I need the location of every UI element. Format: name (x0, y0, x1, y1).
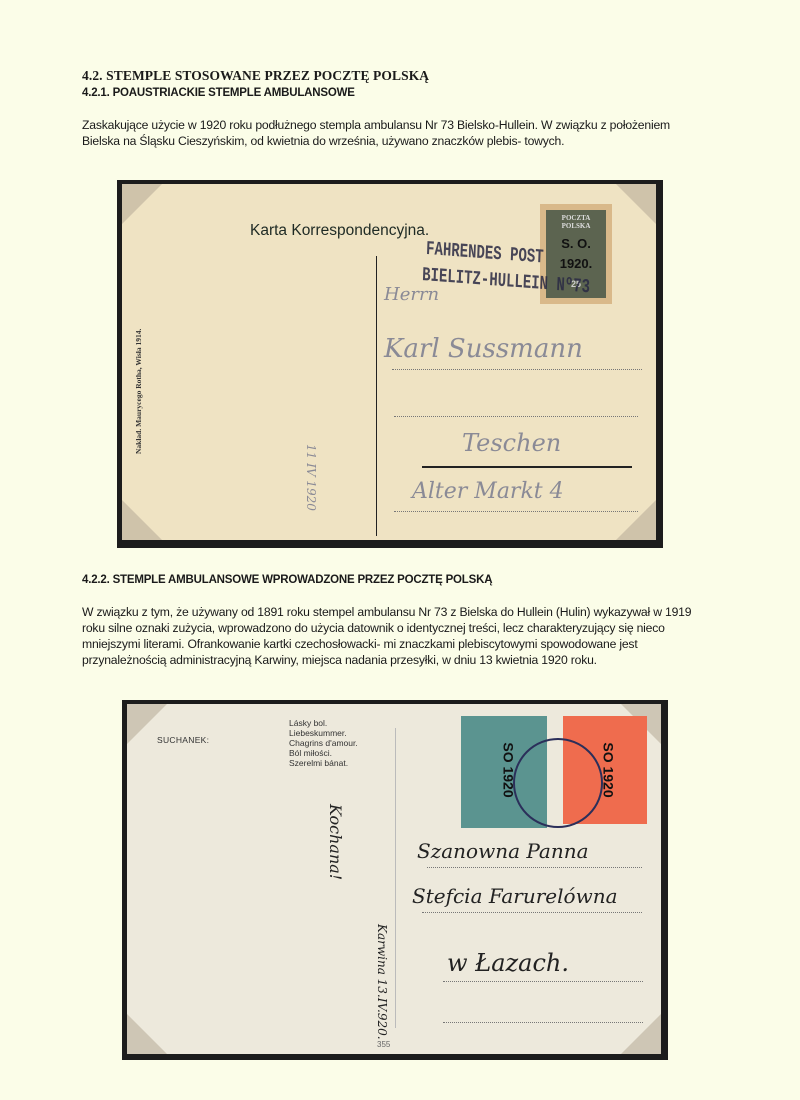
divider-line (376, 256, 377, 536)
subsection-2-text: W związku z tym, że używany od 1891 roku… (82, 604, 712, 668)
address-street: Alter Markt 4 (412, 479, 564, 504)
address-name: Karl Sussmann (384, 334, 583, 364)
postcard-1: Karta Korrespondencyjna. Nakład. Mauryce… (122, 184, 656, 540)
date: 11 IV 1920 (304, 444, 318, 511)
card-number: 355 (377, 1040, 390, 1049)
address-line-2: Stefcia Farurelówna (412, 884, 618, 908)
cancel-line-1: FAHRENDES POST (426, 239, 544, 270)
address-line-1: Szanowna Panna (417, 839, 589, 863)
section-title: 4.2. STEMPLE STOSOWANE PRZEZ POCZTĘ POLS… (82, 68, 429, 84)
date: Karwina 13.IV.920. (375, 924, 389, 1040)
publisher-imprint: SUCHANEK: (157, 735, 209, 745)
card-titles: Lásky bol. Liebeskummer. Chagrins d'amou… (289, 718, 358, 768)
card-heading: Karta Korrespondencyjna. (250, 222, 429, 240)
publisher-imprint: Nakład. Maurycego Rotha, Wisła 1914. (134, 329, 143, 454)
subsection-1-title: 4.2.1. POAUSTRIACKIE STEMPLE AMBULANSOWE (82, 87, 355, 99)
greeting: Kochana! (326, 804, 345, 880)
postcard-2: SUCHANEK: Lásky bol. Liebeskummer. Chagr… (127, 704, 661, 1054)
address-city: Teschen (462, 429, 561, 457)
address-line-3: w Łazach. (447, 949, 569, 977)
postmark (513, 738, 603, 828)
subsection-1-text: Zaskakujące użycie w 1920 roku podłużneg… (82, 117, 702, 149)
subsection-2-title: 4.2.2. STEMPLE AMBULANSOWE WPROWADZONE P… (82, 574, 492, 586)
